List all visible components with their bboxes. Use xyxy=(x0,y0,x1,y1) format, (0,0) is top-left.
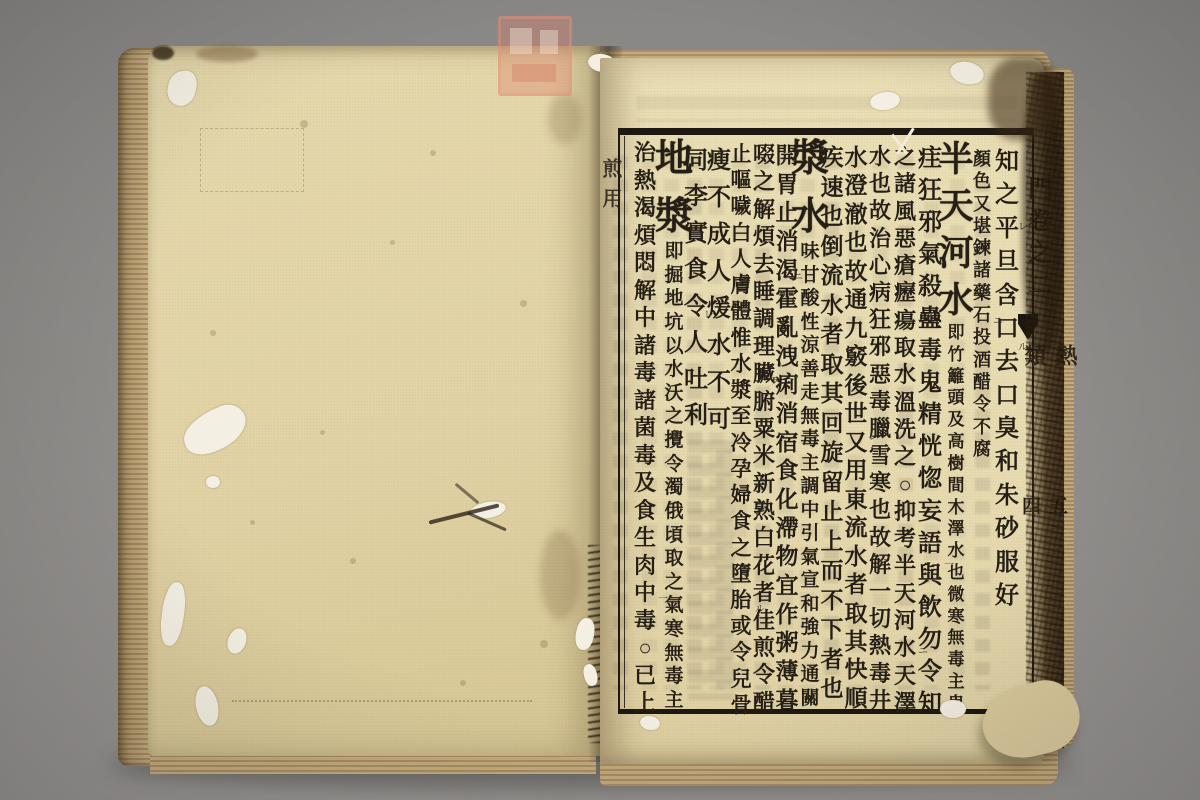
foxing-spot xyxy=(390,240,395,245)
red-seal xyxy=(498,16,572,96)
seal-mark xyxy=(510,28,532,54)
seal-mark xyxy=(540,30,558,54)
foxing-spot xyxy=(250,520,255,525)
kunten-mark: レ xyxy=(868,428,878,443)
kunten-mark: ニ xyxy=(793,268,803,283)
stain xyxy=(152,46,174,60)
foxing-spot xyxy=(540,640,548,648)
foxing-spot xyxy=(350,558,356,564)
foxing-spot xyxy=(210,330,216,336)
ghost-frame-offset xyxy=(200,128,304,192)
kunten-mark: 一 xyxy=(658,590,668,605)
foxing-spot xyxy=(300,120,308,128)
paper-scuff xyxy=(940,700,966,718)
stain xyxy=(540,530,580,620)
kunten-mark: ニ xyxy=(993,312,1003,327)
stain xyxy=(548,94,582,144)
foxing-spot xyxy=(460,680,466,686)
stain xyxy=(196,46,258,62)
photo-background: 知之平旦含口去口臭和朱砂服好顏色又堪鍊諸藥石投酒醋令不腐半天河水即竹籬頭及高樹間… xyxy=(0,0,1200,800)
kunten-mark: 一 xyxy=(944,556,954,571)
foxing-spot xyxy=(320,430,325,435)
margin-note: 煎用 xyxy=(596,158,625,228)
paper-scuff xyxy=(206,476,220,488)
kunten-mark: ヲ xyxy=(770,372,780,387)
kunten-mark: レ xyxy=(704,306,714,321)
foxing-spot xyxy=(430,150,436,156)
foxing-spot xyxy=(520,300,527,307)
stain xyxy=(988,58,1058,140)
paper-crease xyxy=(232,700,532,702)
kunten-mark: ニ xyxy=(846,520,856,535)
kunten-mark: ル xyxy=(755,600,765,615)
kunten-mark: ニ xyxy=(918,642,928,657)
seal-mark xyxy=(512,64,556,82)
text-column: 治熱渴煩悶解中諸毒諸菌毒及食生肉中毒○已上 xyxy=(625,142,665,714)
